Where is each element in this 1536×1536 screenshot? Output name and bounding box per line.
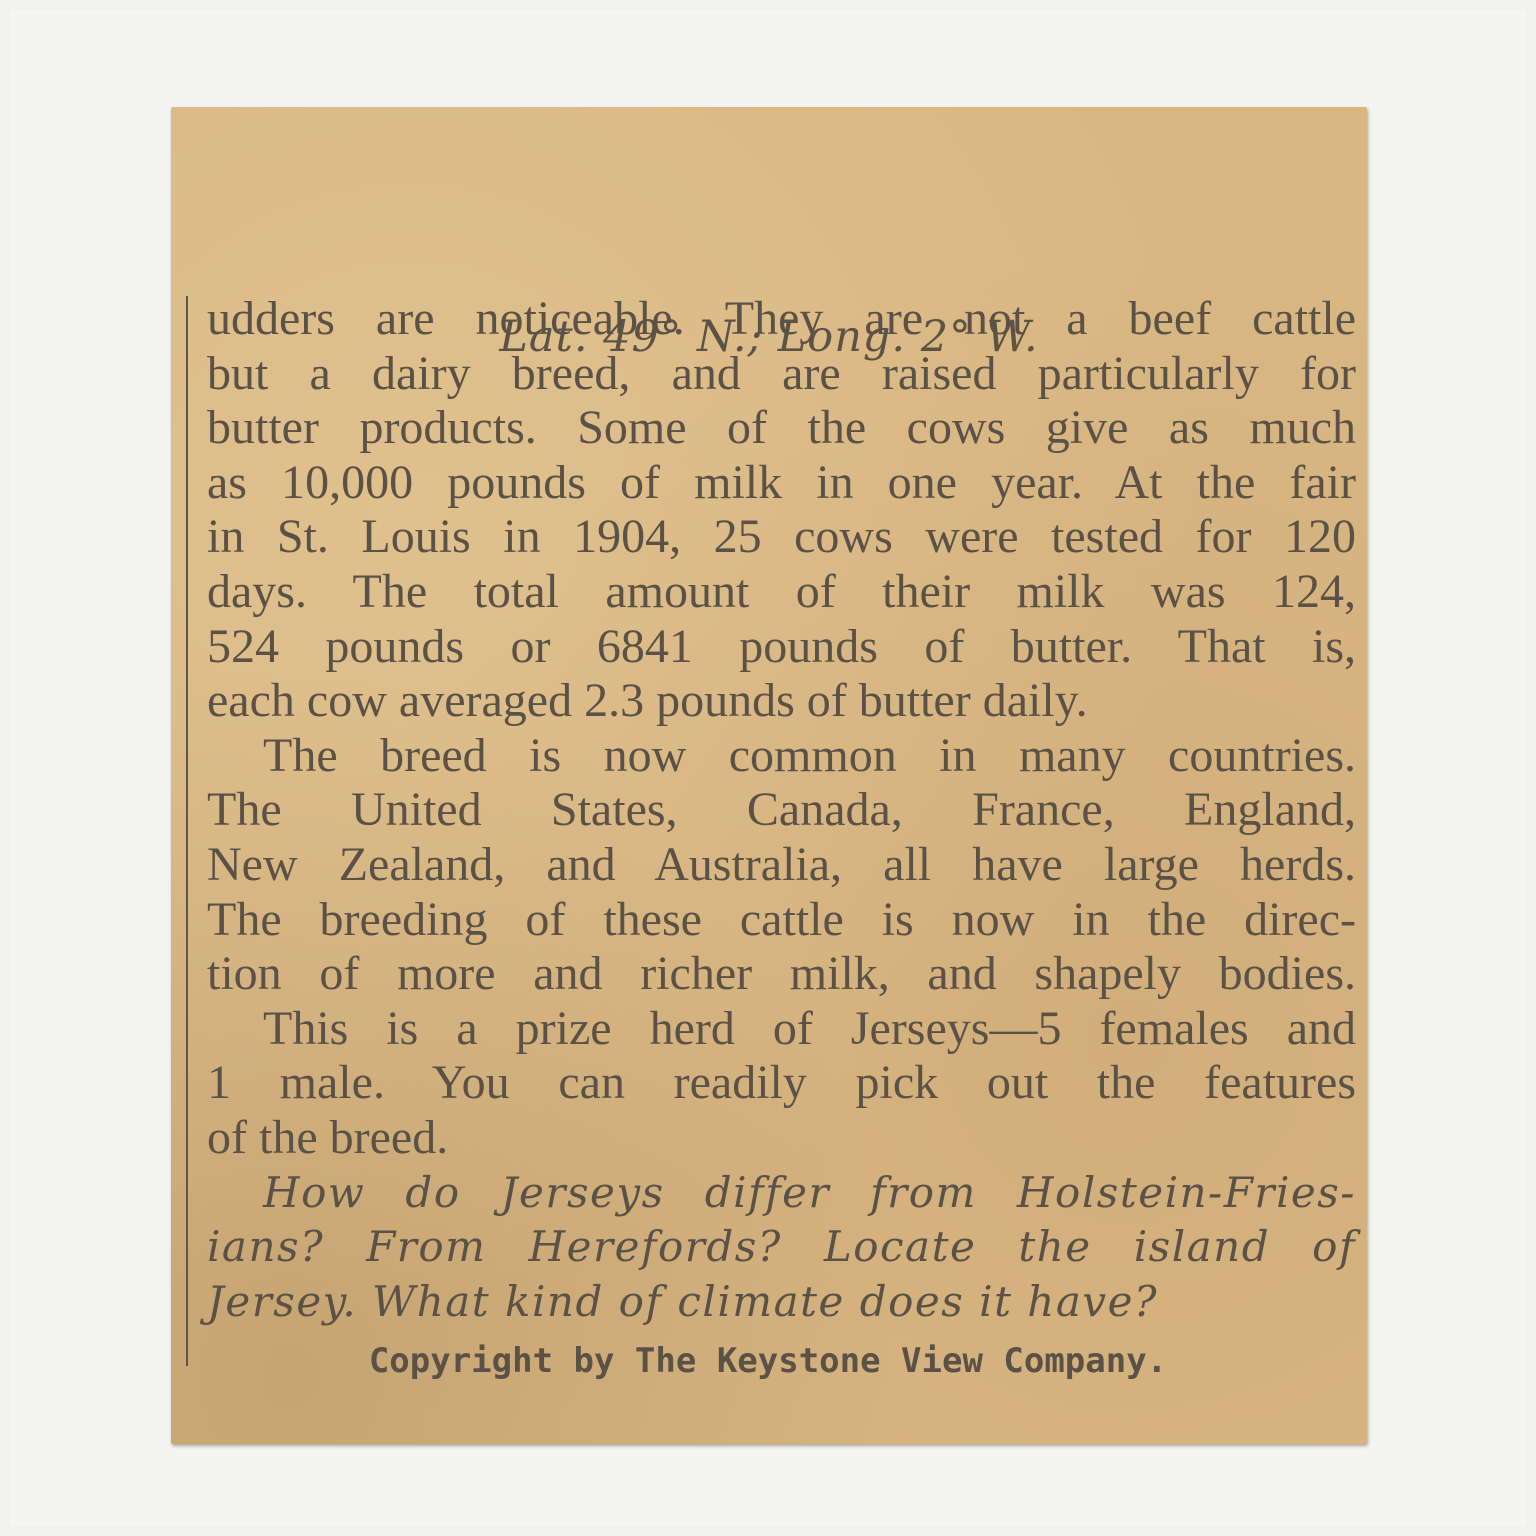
text-line: butter products. Some of the cows give a…	[207, 401, 1356, 456]
text-line: days. The total amount of their milk was…	[207, 565, 1356, 620]
paragraph-1: udders are noticeable. They are not a be…	[207, 292, 1356, 729]
text-line: 1 male. You can readily pick out the fea…	[207, 1056, 1356, 1111]
text-line: The breeding of these cattle is now in t…	[207, 893, 1356, 948]
text-line: New Zealand, and Australia, all have lar…	[207, 838, 1356, 893]
card-body-text: udders are noticeable. They are not a be…	[207, 292, 1356, 1329]
paragraph-3: This is a prize herd of Jerseys—5 female…	[207, 1002, 1356, 1166]
text-line: Jersey. What kind of climate does it hav…	[207, 1275, 1356, 1330]
text-line: How do Jerseys differ from Holstein-Frie…	[207, 1166, 1356, 1221]
copyright-notice: Copyright by The Keystone View Company.	[0, 1341, 1536, 1381]
text-line: The breed is now common in many countrie…	[207, 729, 1356, 784]
text-line: tion of more and richer milk, and shapel…	[207, 947, 1356, 1002]
paragraph-2: The breed is now common in many countrie…	[207, 729, 1356, 1002]
text-line: of the breed.	[207, 1111, 1356, 1166]
text-line: as 10,000 pounds of milk in one year. At…	[207, 456, 1356, 511]
text-line: but a dairy breed, and are raised partic…	[207, 347, 1356, 402]
text-line: 524 pounds or 6841 pounds of butter. Tha…	[207, 620, 1356, 675]
study-questions: How do Jerseys differ from Holstein-Frie…	[207, 1166, 1356, 1330]
text-line: ians? From Herefords? Locate the island …	[207, 1220, 1356, 1275]
margin-rule	[186, 296, 188, 1366]
text-line: The United States, Canada, France, Engla…	[207, 783, 1356, 838]
text-line: in St. Louis in 1904, 25 cows were teste…	[207, 510, 1356, 565]
text-line: This is a prize herd of Jerseys—5 female…	[207, 1002, 1356, 1057]
text-line: udders are noticeable. They are not a be…	[207, 292, 1356, 347]
text-line: each cow averaged 2.3 pounds of butter d…	[207, 674, 1356, 729]
